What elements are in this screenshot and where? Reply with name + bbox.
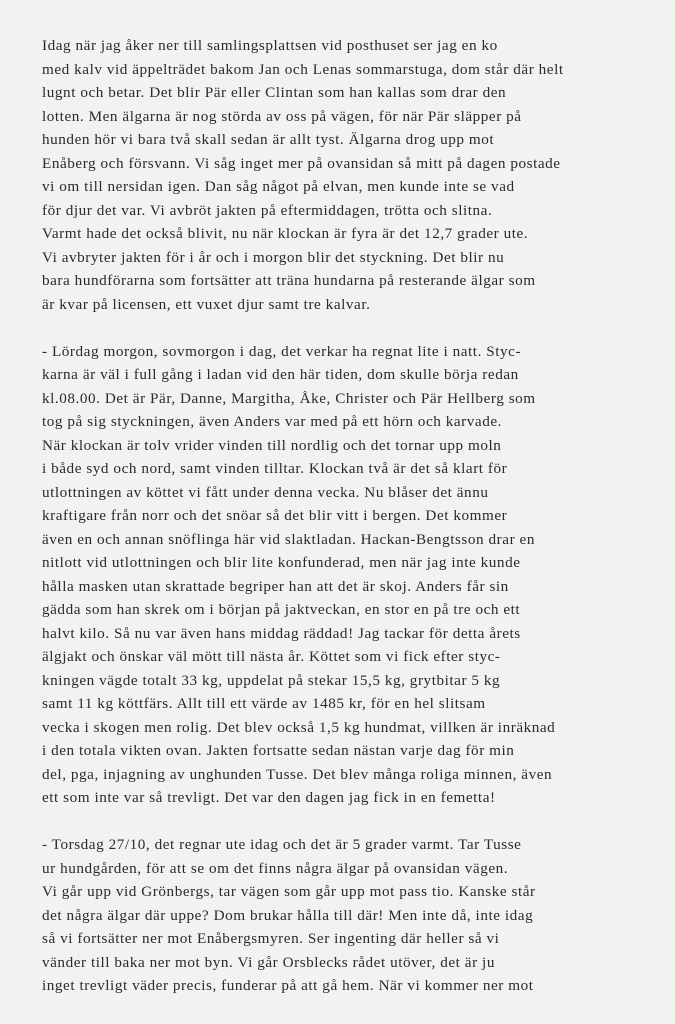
text-line: Vi går upp vid Grönbergs, tar vägen som …	[42, 880, 662, 904]
text-line: tog på sig styckningen, även Anders var …	[42, 410, 662, 434]
text-line: hunden hör vi bara två skall sedan är al…	[42, 128, 662, 152]
text-line: ur hundgården, för att se om det finns n…	[42, 857, 662, 881]
paragraph: - Lördag morgon, sovmorgon i dag, det ve…	[42, 340, 662, 810]
text-line: - Torsdag 27/10, det regnar ute idag och…	[42, 833, 662, 857]
text-line: utlottningen av köttet vi fått under den…	[42, 481, 662, 505]
text-line: älgjakt och önskar väl mött till nästa å…	[42, 645, 662, 669]
text-line: för djur det var. Vi avbröt jakten på ef…	[42, 199, 662, 223]
text-line: det några älgar där uppe? Dom brukar hål…	[42, 904, 662, 928]
text-line: kl.08.00. Det är Pär, Danne, Margitha, Å…	[42, 387, 662, 411]
text-line: lugnt och betar. Det blir Pär eller Clin…	[42, 81, 662, 105]
text-line: vi om till nersidan igen. Dan såg något …	[42, 175, 662, 199]
text-line: kraftigare från norr och det snöar så de…	[42, 504, 662, 528]
text-line: halvt kilo. Så nu var även hans middag r…	[42, 622, 662, 646]
text-line: samt 11 kg köttfärs. Allt till ett värde…	[42, 692, 662, 716]
text-line: i både syd och nord, samt vinden tilltar…	[42, 457, 662, 481]
text-line: även en och annan snöflinga här vid slak…	[42, 528, 662, 552]
text-line: bara hundförarna som fortsätter att trän…	[42, 269, 662, 293]
typewritten-page: Idag när jag åker ner till samlingsplatt…	[42, 34, 662, 998]
text-line: är kvar på licensen, ett vuxet djur samt…	[42, 293, 662, 317]
text-line: i den totala vikten ovan. Jakten fortsat…	[42, 739, 662, 763]
text-line: Enåberg och försvann. Vi såg inget mer p…	[42, 152, 662, 176]
text-line: inget trevligt väder precis, funderar på…	[42, 974, 662, 998]
paragraph-gap	[42, 316, 662, 340]
text-line: Idag när jag åker ner till samlingsplatt…	[42, 34, 662, 58]
text-line: så vi fortsätter ner mot Enåbergsmyren. …	[42, 927, 662, 951]
text-line: kningen vägde totalt 33 kg, uppdelat på …	[42, 669, 662, 693]
text-line: Vi avbryter jakten för i år och i morgon…	[42, 246, 662, 270]
text-line: hålla masken utan skrattade begriper han…	[42, 575, 662, 599]
text-line: nitlott vid utlottningen och blir lite k…	[42, 551, 662, 575]
paragraph: - Torsdag 27/10, det regnar ute idag och…	[42, 833, 662, 998]
text-line: När klockan är tolv vrider vinden till n…	[42, 434, 662, 458]
text-line: med kalv vid äppelträdet bakom Jan och L…	[42, 58, 662, 82]
text-line: vänder till baka ner mot byn. Vi går Ors…	[42, 951, 662, 975]
text-line: ett som inte var så trevligt. Det var de…	[42, 786, 662, 810]
paragraph: Idag när jag åker ner till samlingsplatt…	[42, 34, 662, 316]
paragraph-gap	[42, 810, 662, 834]
text-line: gädda som han skrek om i början på jaktv…	[42, 598, 662, 622]
text-line: vecka i skogen men rolig. Det blev också…	[42, 716, 662, 740]
text-line: - Lördag morgon, sovmorgon i dag, det ve…	[42, 340, 662, 364]
text-line: karna är väl i full gång i ladan vid den…	[42, 363, 662, 387]
text-line: del, pga, injagning av unghunden Tusse. …	[42, 763, 662, 787]
text-line: lotten. Men älgarna är nog störda av oss…	[42, 105, 662, 129]
text-line: Varmt hade det också blivit, nu när kloc…	[42, 222, 662, 246]
